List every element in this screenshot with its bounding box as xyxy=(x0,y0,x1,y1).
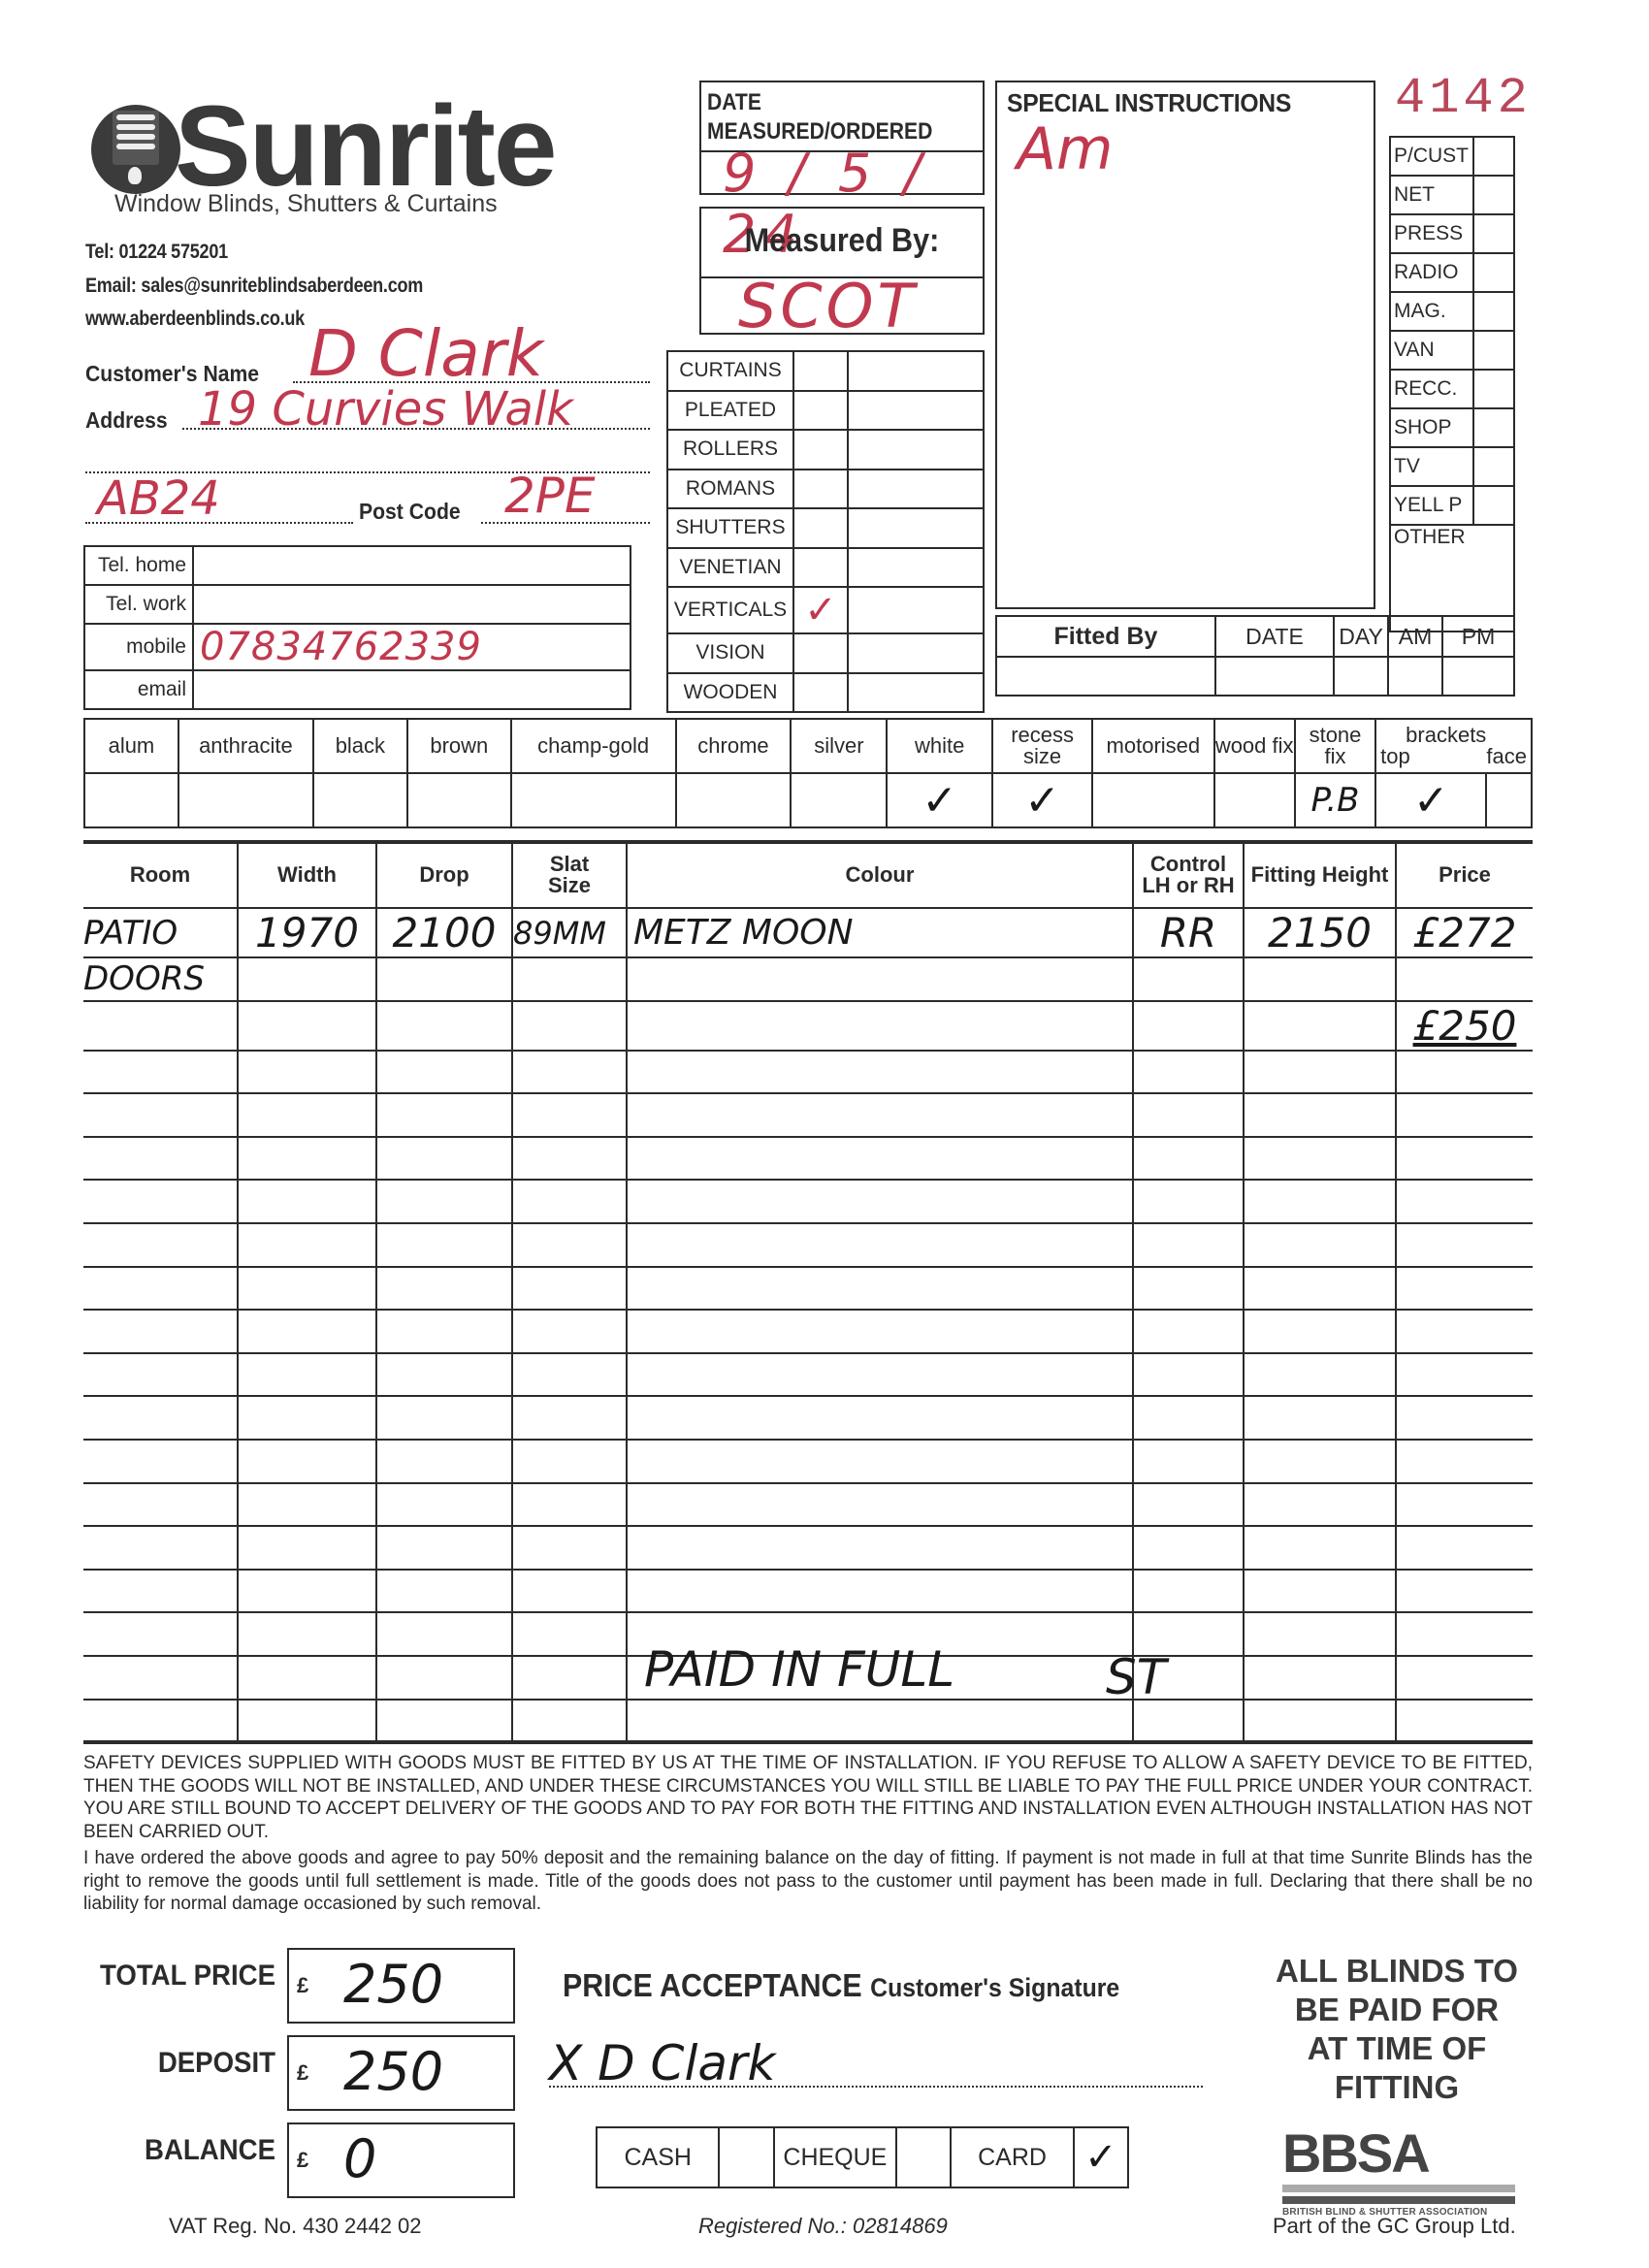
source-checkbox[interactable] xyxy=(1473,370,1514,408)
agreement-terms: I have ordered the above goods and agree… xyxy=(83,1847,1533,1916)
empty-cell[interactable] xyxy=(238,1440,376,1483)
rollers-checkbox[interactable] xyxy=(793,430,848,470)
brackets-face-header: face xyxy=(1486,719,1532,773)
company-email[interactable]: Email: sales@sunriteblindsaberdeen.com xyxy=(85,275,423,298)
empty-cell[interactable] xyxy=(1244,1051,1396,1094)
room-header: Room xyxy=(83,842,238,908)
brown-checkbox[interactable] xyxy=(407,773,511,827)
black-checkbox[interactable] xyxy=(313,773,407,827)
empty-cell[interactable] xyxy=(238,1612,376,1656)
total-price-label: TOTAL PRICE xyxy=(97,1960,275,1993)
empty-cell[interactable] xyxy=(627,1180,1133,1223)
empty-cell[interactable] xyxy=(1133,1570,1244,1613)
empty-cell[interactable] xyxy=(376,1612,512,1656)
empty-cell[interactable] xyxy=(376,1310,512,1353)
empty-cell[interactable] xyxy=(83,1526,238,1570)
empty-cell[interactable] xyxy=(83,1396,238,1440)
price-cell[interactable]: £272 xyxy=(1396,908,1533,957)
cheque-label: CHEQUE xyxy=(774,2127,896,2187)
empty-cell[interactable] xyxy=(83,1612,238,1656)
table-row xyxy=(83,1570,1533,1613)
source-checkbox[interactable] xyxy=(1473,486,1514,525)
lead-source-list: P/CUST NET PRESS RADIO MAG. VAN RECC. SH… xyxy=(1389,136,1515,632)
empty-cell[interactable] xyxy=(83,1440,238,1483)
brand-tagline: Window Blinds, Shutters & Curtains xyxy=(114,190,498,218)
chrome-checkbox[interactable] xyxy=(676,773,792,827)
source-checkbox[interactable] xyxy=(1473,292,1514,331)
source-checkbox[interactable] xyxy=(1473,408,1514,447)
verticals-checkbox[interactable]: ✓ xyxy=(793,587,848,633)
stone-fix-checkbox[interactable]: P.B xyxy=(1295,773,1375,827)
empty-cell[interactable] xyxy=(1396,1180,1533,1223)
payment-notice: ALL BLINDS TO BE PAID FOR AT TIME OF FIT… xyxy=(1261,1952,1533,2107)
empty-cell[interactable] xyxy=(238,1526,376,1570)
measured-by-label: Measured By: xyxy=(716,222,969,260)
fitting-height-cell[interactable]: 2150 xyxy=(1244,908,1396,957)
empty-cell[interactable] xyxy=(376,1396,512,1440)
fitted-date-header: DATE xyxy=(1215,616,1334,657)
venetian-checkbox[interactable] xyxy=(793,548,848,588)
email-label: email xyxy=(84,670,193,709)
empty-cell[interactable] xyxy=(238,1396,376,1440)
empty-cell[interactable] xyxy=(627,1396,1133,1440)
empty-cell[interactable] xyxy=(238,1267,376,1311)
company-website[interactable]: www.aberdeenblinds.co.uk xyxy=(85,308,305,331)
empty-cell[interactable] xyxy=(512,1700,627,1743)
price-cell[interactable]: £250 xyxy=(1396,1001,1533,1051)
tel-home-field[interactable] xyxy=(193,546,630,585)
empty-cell[interactable] xyxy=(376,1223,512,1267)
empty-cell[interactable] xyxy=(627,1137,1133,1181)
curtains-checkbox[interactable] xyxy=(793,351,848,391)
source-row: PRESS xyxy=(1390,214,1514,253)
empty-cell[interactable] xyxy=(1133,1310,1244,1353)
empty-cell[interactable] xyxy=(512,1180,627,1223)
empty-cell[interactable] xyxy=(1396,1570,1533,1613)
empty-cell[interactable] xyxy=(1244,1526,1396,1570)
empty-cell[interactable] xyxy=(627,1051,1133,1094)
empty-cell[interactable] xyxy=(1244,1570,1396,1613)
white-checkbox[interactable]: ✓ xyxy=(887,773,992,827)
table-row xyxy=(83,1526,1533,1570)
shutters-checkbox[interactable] xyxy=(793,508,848,548)
empty-cell[interactable] xyxy=(1133,1223,1244,1267)
width-cell[interactable]: 1970 xyxy=(238,908,376,957)
empty-cell[interactable] xyxy=(512,1483,627,1527)
price-acceptance-title: PRICE ACCEPTANCE Customer's Signature xyxy=(563,1967,1119,2004)
fitted-day-header: DAY xyxy=(1334,616,1388,657)
empty-cell[interactable] xyxy=(83,1310,238,1353)
empty-cell[interactable] xyxy=(1133,1440,1244,1483)
address-line1-field[interactable]: 19 Curvies Walk xyxy=(198,382,573,437)
tel-home-label: Tel. home xyxy=(84,546,193,585)
empty-cell[interactable] xyxy=(238,1093,376,1137)
empty-cell[interactable] xyxy=(83,1483,238,1527)
empty-cell[interactable] xyxy=(238,1180,376,1223)
empty-cell[interactable] xyxy=(512,1093,627,1137)
empty-cell[interactable] xyxy=(1396,1353,1533,1397)
cash-label: CASH xyxy=(597,2127,719,2187)
empty-cell[interactable] xyxy=(376,1051,512,1094)
special-instructions-label: SPECIAL INSTRUCTIONS xyxy=(1007,88,1291,118)
empty-cell[interactable] xyxy=(1244,1612,1396,1656)
empty-cell[interactable] xyxy=(1133,1483,1244,1527)
source-checkbox[interactable] xyxy=(1473,331,1514,370)
empty-cell[interactable] xyxy=(627,1570,1133,1613)
empty-cell[interactable] xyxy=(376,1483,512,1527)
empty-cell[interactable] xyxy=(512,1137,627,1181)
customer-name-field[interactable]: D Clark xyxy=(308,316,543,391)
empty-cell[interactable] xyxy=(1244,1180,1396,1223)
source-row: TV xyxy=(1390,447,1514,486)
empty-cell[interactable] xyxy=(627,1353,1133,1397)
empty-cell[interactable] xyxy=(1396,1223,1533,1267)
table-row: DOORS xyxy=(83,957,1533,1001)
empty-cell[interactable] xyxy=(627,1700,1133,1743)
empty-cell[interactable] xyxy=(83,1570,238,1613)
empty-cell[interactable] xyxy=(1396,1656,1533,1700)
empty-cell[interactable] xyxy=(1396,1051,1533,1094)
brackets-top-checkbox[interactable]: ✓ xyxy=(1375,773,1486,827)
empty-cell[interactable] xyxy=(83,1700,238,1743)
address-label: Address xyxy=(85,407,168,434)
postcode-field[interactable]: 2PE xyxy=(504,468,596,524)
postcode-label: Post Code xyxy=(359,499,461,525)
empty-cell[interactable] xyxy=(1396,1310,1533,1353)
brackets-top-header: bracketstop xyxy=(1375,719,1486,773)
empty-cell[interactable] xyxy=(1133,1093,1244,1137)
room-cell[interactable]: DOORS xyxy=(83,957,238,1001)
empty-cell[interactable] xyxy=(1244,1353,1396,1397)
special-instructions-value[interactable]: Am xyxy=(1017,115,1114,183)
table-row xyxy=(83,1310,1533,1353)
brand-name: Sunrite xyxy=(175,89,556,204)
table-row xyxy=(83,1353,1533,1397)
slat-cell[interactable]: 89MM xyxy=(512,908,627,957)
empty-cell[interactable] xyxy=(512,1570,627,1613)
company-phone: Tel: 01224 575201 xyxy=(85,241,228,264)
email-field[interactable] xyxy=(193,670,630,709)
table-row xyxy=(83,1093,1533,1137)
deposit-field[interactable]: £ 250 xyxy=(287,2035,515,2111)
champ-gold-checkbox[interactable] xyxy=(511,773,676,827)
empty-cell[interactable] xyxy=(238,1570,376,1613)
empty-cell[interactable] xyxy=(1396,1483,1533,1527)
table-row xyxy=(83,1440,1533,1483)
balance-label: BALANCE xyxy=(97,2134,275,2167)
slat-size-header: SlatSize xyxy=(512,842,627,908)
table-row xyxy=(83,1267,1533,1311)
fitted-am-header: AM xyxy=(1388,616,1442,657)
recess-size-checkbox[interactable]: ✓ xyxy=(992,773,1092,827)
date-label: DATE MEASURED/ORDERED xyxy=(707,88,932,146)
motorised-checkbox[interactable] xyxy=(1092,773,1213,827)
empty-cell[interactable] xyxy=(376,1656,512,1700)
source-row: P/CUST xyxy=(1390,137,1514,176)
empty-cell[interactable] xyxy=(83,1180,238,1223)
deposit-label: DEPOSIT xyxy=(97,2047,275,2080)
width-header: Width xyxy=(238,842,376,908)
empty-cell[interactable] xyxy=(1133,1180,1244,1223)
source-checkbox[interactable] xyxy=(1473,214,1514,253)
total-price-field[interactable]: £ 250 xyxy=(287,1948,515,2024)
empty-cell[interactable] xyxy=(1244,1396,1396,1440)
alum-checkbox[interactable] xyxy=(84,773,178,827)
table-row: £250 xyxy=(83,1001,1533,1051)
product-type-table: CURTAINS PLEATED ROLLERS ROMANS SHUTTERS… xyxy=(666,350,985,713)
empty-cell[interactable] xyxy=(1396,1093,1533,1137)
fitted-day-field[interactable] xyxy=(1334,657,1388,696)
brackets-face-checkbox[interactable] xyxy=(1486,773,1532,827)
empty-cell[interactable] xyxy=(627,1526,1133,1570)
empty-cell[interactable] xyxy=(83,1656,238,1700)
empty-cell[interactable] xyxy=(512,1353,627,1397)
fitted-by-field[interactable] xyxy=(996,657,1215,696)
empty-cell[interactable] xyxy=(1396,1267,1533,1311)
control-header: ControlLH or RH xyxy=(1133,842,1244,908)
table-row xyxy=(83,1483,1533,1527)
empty-cell[interactable] xyxy=(376,1137,512,1181)
group-note: Part of the GC Group Ltd. xyxy=(1273,2214,1516,2239)
fitted-by-table: Fitted By DATE DAY AM PM xyxy=(995,615,1515,697)
empty-cell[interactable] xyxy=(512,1051,627,1094)
fitted-am-field[interactable] xyxy=(1388,657,1442,696)
balance-field[interactable]: £ 0 xyxy=(287,2122,515,2198)
sunrite-logo-icon xyxy=(91,105,180,194)
empty-cell[interactable] xyxy=(1396,1612,1533,1656)
bbsa-logo-icon: BBSA BRITISH BLIND & SHUTTER ASSOCIATION xyxy=(1282,2126,1515,2218)
order-number: 4142 xyxy=(1395,70,1532,127)
empty-cell[interactable] xyxy=(512,1267,627,1311)
table-row xyxy=(83,1180,1533,1223)
fitted-pm-field[interactable] xyxy=(1442,657,1514,696)
empty-cell[interactable] xyxy=(376,1570,512,1613)
empty-cell[interactable] xyxy=(238,1483,376,1527)
contact-table: Tel. home Tel. work mobile07834762339 em… xyxy=(83,545,631,710)
source-row: MAG. xyxy=(1390,292,1514,331)
romans-checkbox[interactable] xyxy=(793,470,848,509)
table-row xyxy=(83,1137,1533,1181)
table-row xyxy=(83,1223,1533,1267)
empty-cell[interactable] xyxy=(512,1612,627,1656)
table-row: PATIO 1970 2100 89MM METZ MOON RR 2150 £… xyxy=(83,908,1533,957)
wood-fix-checkbox[interactable] xyxy=(1214,773,1295,827)
empty-cell[interactable] xyxy=(238,1353,376,1397)
source-row: RECC. xyxy=(1390,370,1514,408)
fitted-date-field[interactable] xyxy=(1215,657,1334,696)
empty-cell[interactable] xyxy=(376,1180,512,1223)
empty-cell[interactable] xyxy=(83,1093,238,1137)
paid-initials: ST xyxy=(1106,1649,1166,1705)
customer-signature-field[interactable]: X D Clark xyxy=(549,2035,776,2091)
empty-cell[interactable] xyxy=(1133,1267,1244,1311)
empty-cell[interactable] xyxy=(1244,1700,1396,1743)
empty-cell[interactable] xyxy=(512,1310,627,1353)
empty-cell[interactable] xyxy=(83,1353,238,1397)
source-row: SHOP xyxy=(1390,408,1514,447)
empty-cell[interactable] xyxy=(1133,1700,1244,1743)
vision-checkbox[interactable] xyxy=(793,633,848,673)
empty-cell[interactable] xyxy=(627,1223,1133,1267)
empty-cell[interactable] xyxy=(1244,1267,1396,1311)
empty-cell[interactable] xyxy=(627,1267,1133,1311)
empty-cell[interactable] xyxy=(376,1440,512,1483)
table-row xyxy=(83,1396,1533,1440)
empty-cell[interactable] xyxy=(1244,1223,1396,1267)
empty-cell[interactable] xyxy=(1133,1051,1244,1094)
empty-cell[interactable] xyxy=(627,1310,1133,1353)
empty-cell[interactable] xyxy=(1396,1440,1533,1483)
empty-cell[interactable] xyxy=(238,1137,376,1181)
order-items-table: Room Width Drop SlatSize Colour ControlL… xyxy=(83,842,1533,1744)
mobile-field[interactable]: 07834762339 xyxy=(193,624,630,670)
source-row: RADIO xyxy=(1390,253,1514,292)
empty-cell[interactable] xyxy=(627,1440,1133,1483)
empty-cell[interactable] xyxy=(512,1656,627,1700)
card-checkbox[interactable]: ✓ xyxy=(1074,2127,1128,2187)
vat-number: VAT Reg. No. 430 2442 02 xyxy=(169,2214,422,2239)
empty-cell[interactable] xyxy=(1244,1310,1396,1353)
wooden-checkbox[interactable] xyxy=(793,673,848,713)
empty-cell[interactable] xyxy=(83,1051,238,1094)
anthracite-checkbox[interactable] xyxy=(178,773,313,827)
cash-checkbox[interactable] xyxy=(719,2127,773,2187)
empty-cell[interactable] xyxy=(512,1396,627,1440)
drop-header: Drop xyxy=(376,842,512,908)
empty-cell[interactable] xyxy=(1244,1440,1396,1483)
measured-by-value[interactable]: SCOT xyxy=(738,271,918,341)
source-row: NET xyxy=(1390,176,1514,214)
empty-cell[interactable] xyxy=(1133,1137,1244,1181)
safety-terms: SAFETY DEVICES SUPPLIED WITH GOODS MUST … xyxy=(83,1752,1533,1843)
source-row: VAN xyxy=(1390,331,1514,370)
empty-cell[interactable] xyxy=(376,1267,512,1311)
pleated-checkbox[interactable] xyxy=(793,391,848,431)
measured-by-box: Measured By: SCOT xyxy=(699,207,985,335)
colour-cell[interactable]: METZ MOON xyxy=(627,908,1133,957)
empty-cell[interactable] xyxy=(238,1700,376,1743)
room-cell[interactable]: PATIO xyxy=(83,908,238,957)
empty-cell[interactable] xyxy=(512,1223,627,1267)
price-header: Price xyxy=(1396,842,1533,908)
empty-cell[interactable] xyxy=(1244,1656,1396,1700)
empty-cell[interactable] xyxy=(238,1310,376,1353)
empty-cell[interactable] xyxy=(1133,1353,1244,1397)
drop-cell[interactable]: 2100 xyxy=(376,908,512,957)
empty-cell[interactable] xyxy=(512,1526,627,1570)
source-checkbox[interactable] xyxy=(1473,447,1514,486)
empty-cell[interactable] xyxy=(83,1267,238,1311)
empty-cell[interactable] xyxy=(1396,1700,1533,1743)
empty-cell[interactable] xyxy=(1396,1396,1533,1440)
table-row xyxy=(83,1051,1533,1094)
colour-options-table: alum anthracite black brown champ-gold c… xyxy=(83,718,1533,828)
empty-cell[interactable] xyxy=(1244,1093,1396,1137)
empty-cell[interactable] xyxy=(1396,1137,1533,1181)
empty-cell[interactable] xyxy=(376,1700,512,1743)
control-cell[interactable]: RR xyxy=(1133,908,1244,957)
empty-cell[interactable] xyxy=(627,1483,1133,1527)
terms-text: SAFETY DEVICES SUPPLIED WITH GOODS MUST … xyxy=(83,1752,1533,1916)
empty-cell[interactable] xyxy=(1133,1526,1244,1570)
payment-method-table: CASH CHEQUE CARD ✓ xyxy=(596,2126,1129,2188)
card-label: CARD xyxy=(951,2127,1073,2187)
empty-cell[interactable] xyxy=(512,1440,627,1483)
table-row xyxy=(83,1700,1533,1743)
empty-cell[interactable] xyxy=(1133,1396,1244,1440)
colour-header: Colour xyxy=(627,842,1133,908)
source-checkbox[interactable] xyxy=(1473,176,1514,214)
fitting-height-header: Fitting Height xyxy=(1244,842,1396,908)
source-checkbox[interactable] xyxy=(1473,137,1514,176)
registered-number: Registered No.: 02814869 xyxy=(698,2214,948,2239)
empty-cell[interactable] xyxy=(1244,1137,1396,1181)
mobile-label: mobile xyxy=(84,624,193,670)
empty-cell[interactable] xyxy=(1396,1526,1533,1570)
empty-cell[interactable] xyxy=(83,1137,238,1181)
silver-checkbox[interactable] xyxy=(791,773,887,827)
empty-cell[interactable] xyxy=(83,1223,238,1267)
fitted-pm-header: PM xyxy=(1442,616,1514,657)
source-checkbox[interactable] xyxy=(1473,253,1514,292)
cheque-checkbox[interactable] xyxy=(896,2127,951,2187)
empty-cell[interactable] xyxy=(1244,1483,1396,1527)
empty-cell[interactable] xyxy=(376,1526,512,1570)
empty-cell[interactable] xyxy=(376,1093,512,1137)
tel-work-label: Tel. work xyxy=(84,585,193,624)
tel-work-field[interactable] xyxy=(193,585,630,624)
empty-cell[interactable] xyxy=(238,1223,376,1267)
empty-cell[interactable] xyxy=(238,1656,376,1700)
empty-cell[interactable] xyxy=(376,1353,512,1397)
date-measured-box: DATE MEASURED/ORDERED 9 / 5 / 24 xyxy=(699,81,985,195)
address-line2-field[interactable]: AB24 xyxy=(97,471,220,526)
special-instructions-box[interactable]: SPECIAL INSTRUCTIONS Am xyxy=(995,81,1375,609)
empty-cell[interactable] xyxy=(627,1093,1133,1137)
source-row: YELL P xyxy=(1390,486,1514,525)
fitted-by-header: Fitted By xyxy=(996,616,1215,657)
paid-in-full-note: PAID IN FULL xyxy=(644,1641,954,1698)
empty-cell[interactable] xyxy=(238,1051,376,1094)
